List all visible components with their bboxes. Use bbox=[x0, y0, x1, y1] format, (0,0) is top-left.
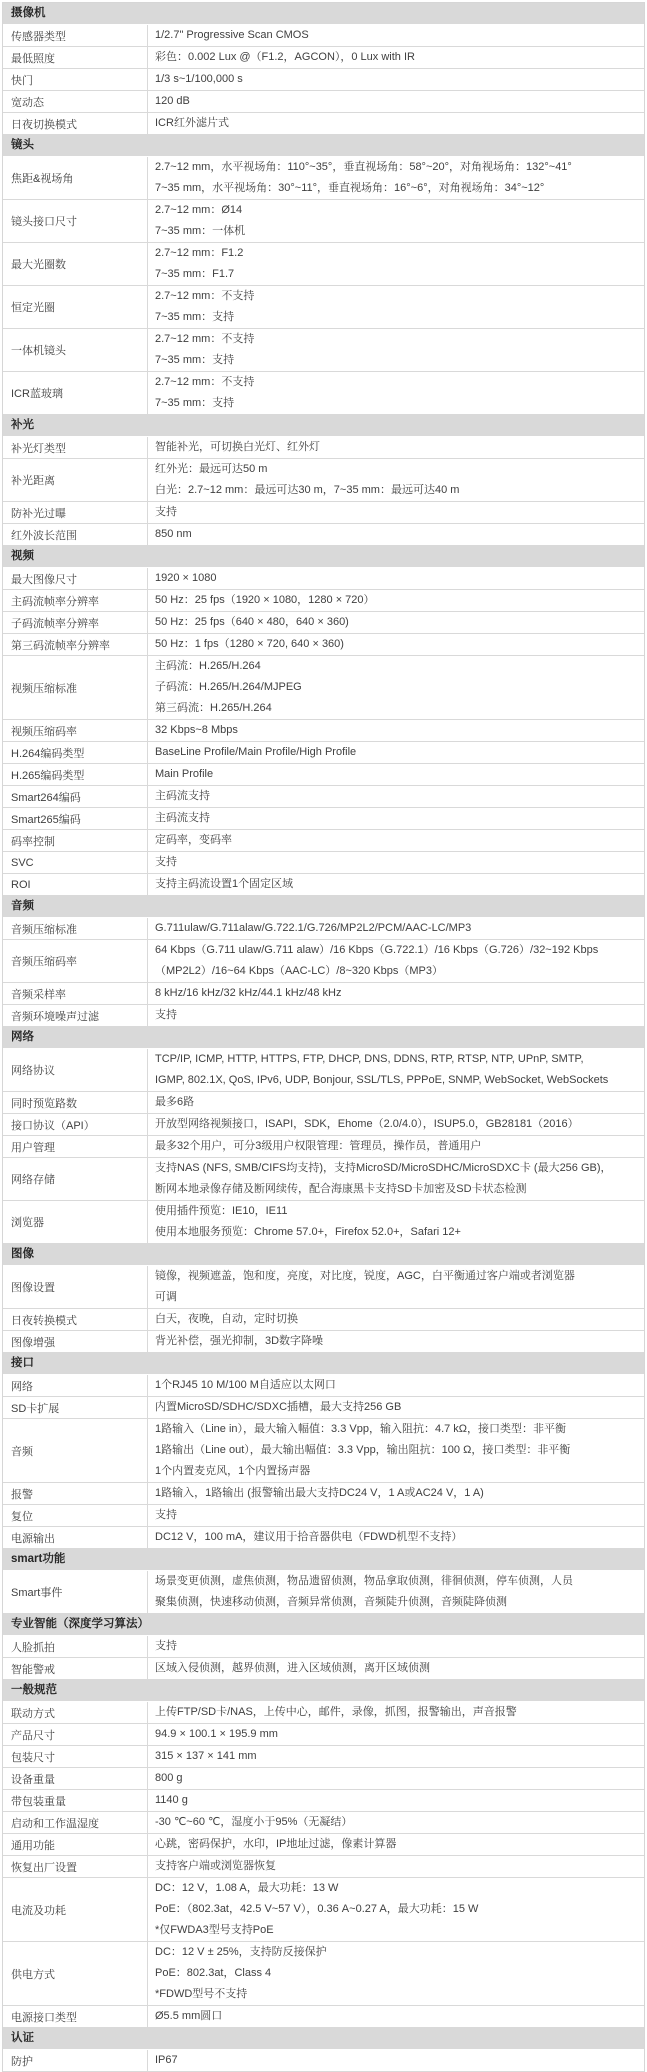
spec-row: Smart265编码主码流支持 bbox=[3, 808, 644, 830]
spec-row: 浏览器使用插件预览：IE10，IE11使用本地服务预览：Chrome 57.0+… bbox=[3, 1201, 644, 1244]
spec-value-line: -30 ℃~60 ℃，湿度小于95%（无凝结） bbox=[155, 1812, 638, 1833]
spec-label-text: 产品尺寸 bbox=[11, 1727, 55, 1743]
spec-value-line: 1个内置麦克风，1个内置扬声器 bbox=[155, 1461, 638, 1482]
spec-value-line: DC：12 V，1.08 A，最大功耗：13 W bbox=[155, 1878, 638, 1899]
spec-value: BaseLine Profile/Main Profile/High Profi… bbox=[148, 742, 644, 763]
spec-label: 视频压缩码率 bbox=[3, 720, 148, 741]
spec-label-text: 防护 bbox=[11, 2053, 33, 2069]
spec-label: 防护 bbox=[3, 2050, 148, 2071]
spec-label: 宽动态 bbox=[3, 91, 148, 112]
spec-value: 1140 g bbox=[148, 1790, 644, 1811]
spec-label: 镜头接口尺寸 bbox=[3, 200, 148, 242]
spec-label: 最低照度 bbox=[3, 47, 148, 68]
spec-label-text: 智能警戒 bbox=[11, 1661, 55, 1677]
spec-value-line: 2.7~12 mm：不支持 bbox=[155, 372, 638, 393]
spec-value-line: 850 nm bbox=[155, 524, 638, 545]
spec-label-text: 视频压缩标准 bbox=[11, 680, 77, 696]
spec-row: 网络协议TCP/IP, ICMP, HTTP, HTTPS, FTP, DHCP… bbox=[3, 1049, 644, 1092]
spec-label: 设备重量 bbox=[3, 1768, 148, 1789]
spec-value-line: 7~35 mm：支持 bbox=[155, 350, 638, 371]
spec-label: ICR蓝玻璃 bbox=[3, 372, 148, 414]
spec-value: 1/3 s~1/100,000 s bbox=[148, 69, 644, 90]
spec-label: 浏览器 bbox=[3, 1201, 148, 1243]
spec-row: 视频压缩标准主码流：H.265/H.264子码流：H.265/H.264/MJP… bbox=[3, 656, 644, 720]
spec-value-line: 1个RJ45 10 M/100 M自适应以太网口 bbox=[155, 1375, 638, 1396]
spec-value: IP67 bbox=[148, 2050, 644, 2071]
spec-value: 上传FTP/SD卡/NAS，上传中心，邮件，录像，抓图，报警输出，声音报警 bbox=[148, 1702, 644, 1723]
spec-label: 日夜转换模式 bbox=[3, 1309, 148, 1330]
spec-label: 报警 bbox=[3, 1483, 148, 1504]
spec-value: 最多32个用户，可分3级用户权限管理：管理员，操作员，普通用户 bbox=[148, 1136, 644, 1157]
section-header: 图像 bbox=[3, 1244, 644, 1266]
spec-row: Smart事件场景变更侦测，虚焦侦测，物品遗留侦测，物品拿取侦测，徘徊侦测，停车… bbox=[3, 1571, 644, 1614]
spec-label: SVC bbox=[3, 852, 148, 873]
spec-value-line: 支持 bbox=[155, 1636, 638, 1657]
spec-label: H.265编码类型 bbox=[3, 764, 148, 785]
spec-label: 智能警戒 bbox=[3, 1658, 148, 1679]
spec-label: 传感器类型 bbox=[3, 25, 148, 46]
spec-value: 主码流支持 bbox=[148, 786, 644, 807]
spec-label-text: 镜头接口尺寸 bbox=[11, 213, 77, 229]
spec-value: 使用插件预览：IE10，IE11使用本地服务预览：Chrome 57.0+，Fi… bbox=[148, 1201, 644, 1243]
spec-value: DC12 V，100 mA，建议用于拾音器供电（FDWD机型不支持） bbox=[148, 1527, 644, 1548]
spec-label-text: 宽动态 bbox=[11, 94, 44, 110]
spec-row: 恒定光圈2.7~12 mm：不支持7~35 mm：支持 bbox=[3, 286, 644, 329]
spec-value-line: Ø5.5 mm圆口 bbox=[155, 2006, 638, 2027]
spec-row: 网络存储支持NAS (NFS, SMB/CIFS均支持)，支持MicroSD/M… bbox=[3, 1158, 644, 1201]
spec-label-text: 接口协议（API） bbox=[11, 1117, 95, 1133]
spec-row: 产品尺寸94.9 × 100.1 × 195.9 mm bbox=[3, 1724, 644, 1746]
spec-row: 音频压缩码率64 Kbps（G.711 ulaw/G.711 alaw）/16 … bbox=[3, 940, 644, 983]
spec-value: 背光补偿，强光抑制，3D数字降噪 bbox=[148, 1331, 644, 1352]
spec-row: 智能警戒区域入侵侦测，越界侦测，进入区域侦测，离开区域侦测 bbox=[3, 1658, 644, 1680]
spec-label: 最大图像尺寸 bbox=[3, 568, 148, 589]
spec-row: H.265编码类型Main Profile bbox=[3, 764, 644, 786]
spec-label: 网络存储 bbox=[3, 1158, 148, 1200]
spec-label-text: 最大光圈数 bbox=[11, 256, 66, 272]
spec-value: 支持主码流设置1个固定区域 bbox=[148, 874, 644, 895]
spec-label-text: 主码流帧率分辨率 bbox=[11, 593, 99, 609]
spec-row: 音频压缩标准G.711ulaw/G.711alaw/G.722.1/G.726/… bbox=[3, 918, 644, 940]
spec-label: 用户管理 bbox=[3, 1136, 148, 1157]
spec-value: 内置MicroSD/SDHC/SDXC插槽，最大支持256 GB bbox=[148, 1397, 644, 1418]
spec-value: 支持NAS (NFS, SMB/CIFS均支持)，支持MicroSD/Micro… bbox=[148, 1158, 644, 1200]
spec-label: 快门 bbox=[3, 69, 148, 90]
spec-row: 传感器类型1/2.7" Progressive Scan CMOS bbox=[3, 25, 644, 47]
spec-label-text: 带包装重量 bbox=[11, 1793, 66, 1809]
spec-value: 支持 bbox=[148, 852, 644, 873]
section-header: 网络 bbox=[3, 1027, 644, 1049]
spec-value-line: 开放型网络视频接口，ISAPI，SDK，Ehome（2.0/4.0），ISUP5… bbox=[155, 1114, 638, 1135]
spec-label-text: 最低照度 bbox=[11, 50, 55, 66]
spec-value-line: *FDWD型号不支持 bbox=[155, 1984, 638, 2005]
spec-value: DC：12 V ± 25%，支持防反接保护PoE：802.3at，Class 4… bbox=[148, 1942, 644, 2005]
spec-label-text: 恒定光圈 bbox=[11, 299, 55, 315]
spec-label: 恢复出厂设置 bbox=[3, 1856, 148, 1877]
spec-row: H.264编码类型BaseLine Profile/Main Profile/H… bbox=[3, 742, 644, 764]
spec-label: 同时预览路数 bbox=[3, 1092, 148, 1113]
spec-value: 315 × 137 × 141 mm bbox=[148, 1746, 644, 1767]
spec-value-line: 场景变更侦测，虚焦侦测，物品遗留侦测，物品拿取侦测，徘徊侦测，停车侦测，人员 bbox=[155, 1571, 638, 1592]
spec-label-text: ROI bbox=[11, 879, 31, 891]
spec-value-line: 7~35 mm：支持 bbox=[155, 393, 638, 414]
spec-label: Smart265编码 bbox=[3, 808, 148, 829]
spec-row: 用户管理最多32个用户，可分3级用户权限管理：管理员，操作员，普通用户 bbox=[3, 1136, 644, 1158]
spec-label: 图像设置 bbox=[3, 1266, 148, 1308]
spec-value-line: TCP/IP, ICMP, HTTP, HTTPS, FTP, DHCP, DN… bbox=[155, 1049, 638, 1070]
spec-row: 子码流帧率分辨率50 Hz：25 fps（640 × 480，640 × 360… bbox=[3, 612, 644, 634]
spec-value-line: 第三码流：H.265/H.264 bbox=[155, 698, 638, 719]
spec-value: 彩色：0.002 Lux @（F1.2，AGCON），0 Lux with IR bbox=[148, 47, 644, 68]
spec-label: 供电方式 bbox=[3, 1942, 148, 2005]
spec-value-line: 断网本地录像存储及断网续传，配合海康黑卡支持SD卡加密及SD卡状态检测 bbox=[155, 1179, 638, 1200]
spec-value: 1路输入（Line in），最大输入幅值：3.3 Vpp，输入阻抗：4.7 kΩ… bbox=[148, 1419, 644, 1482]
spec-label: 红外波长范围 bbox=[3, 524, 148, 545]
spec-label: 人脸抓拍 bbox=[3, 1636, 148, 1657]
spec-value-line: IP67 bbox=[155, 2050, 638, 2071]
spec-value: 镜像，视频遮盖，饱和度，亮度，对比度，锐度，AGC，白平衡通过客户端或者浏览器可… bbox=[148, 1266, 644, 1308]
spec-value-line: 支持客户端或浏览器恢复 bbox=[155, 1856, 638, 1877]
spec-value-line: 最多6路 bbox=[155, 1092, 638, 1113]
spec-value-line: 2.7~12 mm：不支持 bbox=[155, 286, 638, 307]
spec-row: 图像增强背光补偿，强光抑制，3D数字降噪 bbox=[3, 1331, 644, 1353]
spec-value: 64 Kbps（G.711 ulaw/G.711 alaw）/16 Kbps（G… bbox=[148, 940, 644, 982]
spec-label: 通用功能 bbox=[3, 1834, 148, 1855]
spec-row: 恢复出厂设置支持客户端或浏览器恢复 bbox=[3, 1856, 644, 1878]
spec-value: TCP/IP, ICMP, HTTP, HTTPS, FTP, DHCP, DN… bbox=[148, 1049, 644, 1091]
spec-row: 最大光圈数2.7~12 mm：F1.27~35 mm：F1.7 bbox=[3, 243, 644, 286]
spec-row: 联动方式上传FTP/SD卡/NAS，上传中心，邮件，录像，抓图，报警输出，声音报… bbox=[3, 1702, 644, 1724]
spec-label-text: 音频压缩标准 bbox=[11, 921, 77, 937]
spec-label: 带包装重量 bbox=[3, 1790, 148, 1811]
spec-row: 人脸抓拍支持 bbox=[3, 1636, 644, 1658]
spec-label-text: 用户管理 bbox=[11, 1139, 55, 1155]
spec-label-text: 报警 bbox=[11, 1486, 33, 1502]
spec-label-text: 红外波长范围 bbox=[11, 527, 77, 543]
section-header: 补光 bbox=[3, 415, 644, 437]
spec-value: 主码流：H.265/H.264子码流：H.265/H.264/MJPEG第三码流… bbox=[148, 656, 644, 719]
spec-row: 供电方式DC：12 V ± 25%，支持防反接保护PoE：802.3at，Cla… bbox=[3, 1942, 644, 2006]
spec-value: -30 ℃~60 ℃，湿度小于95%（无凝结） bbox=[148, 1812, 644, 1833]
spec-value-line: G.711ulaw/G.711alaw/G.722.1/G.726/MP2L2/… bbox=[155, 918, 638, 939]
spec-value-line: 心跳，密码保护，水印，IP地址过滤，像素计算器 bbox=[155, 1834, 638, 1855]
spec-value-line: 智能补光，可切换白光灯、红外灯 bbox=[155, 437, 638, 458]
spec-value-line: 800 g bbox=[155, 1768, 638, 1789]
spec-label-text: 码率控制 bbox=[11, 833, 55, 849]
spec-value-line: 主码流支持 bbox=[155, 808, 638, 829]
spec-value-line: DC12 V，100 mA，建议用于拾音器供电（FDWD机型不支持） bbox=[155, 1527, 638, 1548]
spec-value: 红外光：最远可达50 m白光：2.7~12 mm：最远可达30 m，7~35 m… bbox=[148, 459, 644, 501]
spec-row: 防补光过曝支持 bbox=[3, 502, 644, 524]
spec-label-text: ICR蓝玻璃 bbox=[11, 385, 63, 401]
spec-row: 报警1路输入，1路输出 (报警输出最大支持DC24 V，1 A或AC24 V，1… bbox=[3, 1483, 644, 1505]
spec-value-line: 8 kHz/16 kHz/32 kHz/44.1 kHz/48 kHz bbox=[155, 983, 638, 1004]
spec-label: ROI bbox=[3, 874, 148, 895]
spec-value-line: 50 Hz：25 fps（1920 × 1080，1280 × 720） bbox=[155, 590, 638, 611]
spec-row: 带包装重量1140 g bbox=[3, 1790, 644, 1812]
section-header: 一般规范 bbox=[3, 1680, 644, 1702]
spec-row: 启动和工作温湿度-30 ℃~60 ℃，湿度小于95%（无凝结） bbox=[3, 1812, 644, 1834]
spec-value-line: 7~35 mm，水平视场角：30°~11°，垂直视场角：16°~6°，对角视场角… bbox=[155, 178, 638, 199]
spec-row: 包装尺寸315 × 137 × 141 mm bbox=[3, 1746, 644, 1768]
spec-value-line: 1140 g bbox=[155, 1790, 638, 1811]
spec-value-line: 聚集侦测，快速移动侦测，音频异常侦测，音频陡升侦测，音频陡降侦测 bbox=[155, 1592, 638, 1613]
spec-label: 主码流帧率分辨率 bbox=[3, 590, 148, 611]
spec-value-line: 彩色：0.002 Lux @（F1.2，AGCON），0 Lux with IR bbox=[155, 47, 638, 68]
spec-label: 恒定光圈 bbox=[3, 286, 148, 328]
spec-value: 2.7~12 mm：不支持7~35 mm：支持 bbox=[148, 329, 644, 371]
spec-value-line: 内置MicroSD/SDHC/SDXC插槽，最大支持256 GB bbox=[155, 1397, 638, 1418]
spec-label-text: 网络存储 bbox=[11, 1171, 55, 1187]
spec-value: 8 kHz/16 kHz/32 kHz/44.1 kHz/48 kHz bbox=[148, 983, 644, 1004]
spec-label: 电流及功耗 bbox=[3, 1878, 148, 1941]
spec-row: 最低照度彩色：0.002 Lux @（F1.2，AGCON），0 Lux wit… bbox=[3, 47, 644, 69]
spec-label-text: 设备重量 bbox=[11, 1771, 55, 1787]
spec-row: 第三码流帧率分辨率50 Hz：1 fps（1280 × 720, 640 × 3… bbox=[3, 634, 644, 656]
spec-value-line: 支持NAS (NFS, SMB/CIFS均支持)，支持MicroSD/Micro… bbox=[155, 1158, 638, 1179]
spec-value-line: IGMP, 802.1X, QoS, IPv6, UDP, Bonjour, S… bbox=[155, 1070, 638, 1091]
spec-label-text: 日夜切换模式 bbox=[11, 116, 77, 132]
spec-label: 音频环境噪声过滤 bbox=[3, 1005, 148, 1026]
spec-label: SD卡扩展 bbox=[3, 1397, 148, 1418]
spec-label: 日夜切换模式 bbox=[3, 113, 148, 134]
section-header: smart功能 bbox=[3, 1549, 644, 1571]
spec-label: 音频压缩标准 bbox=[3, 918, 148, 939]
spec-label-text: 音频环境噪声过滤 bbox=[11, 1008, 99, 1024]
spec-value: 场景变更侦测，虚焦侦测，物品遗留侦测，物品拿取侦测，徘徊侦测，停车侦测，人员聚集… bbox=[148, 1571, 644, 1613]
spec-label-text: 电流及功耗 bbox=[11, 1902, 66, 1918]
spec-value: 区域入侵侦测，越界侦测，进入区域侦测，离开区域侦测 bbox=[148, 1658, 644, 1679]
spec-label: 产品尺寸 bbox=[3, 1724, 148, 1745]
spec-value-line: 支持 bbox=[155, 1505, 638, 1526]
spec-label-text: 音频采样率 bbox=[11, 986, 66, 1002]
spec-label-text: 电源输出 bbox=[11, 1530, 55, 1546]
spec-label-text: 最大图像尺寸 bbox=[11, 571, 77, 587]
spec-label-text: 补光距离 bbox=[11, 472, 55, 488]
spec-label-text: 包装尺寸 bbox=[11, 1749, 55, 1765]
spec-row: 音频1路输入（Line in），最大输入幅值：3.3 Vpp，输入阻抗：4.7 … bbox=[3, 1419, 644, 1483]
spec-label-text: SVC bbox=[11, 857, 34, 869]
spec-value: 1920 × 1080 bbox=[148, 568, 644, 589]
spec-label-text: Smart265编码 bbox=[11, 811, 81, 827]
spec-row: 设备重量800 g bbox=[3, 1768, 644, 1790]
spec-label: 复位 bbox=[3, 1505, 148, 1526]
spec-value-line: 支持 bbox=[155, 1005, 638, 1026]
spec-value: 定码率，变码率 bbox=[148, 830, 644, 851]
spec-value: 94.9 × 100.1 × 195.9 mm bbox=[148, 1724, 644, 1745]
spec-row: 音频环境噪声过滤支持 bbox=[3, 1005, 644, 1027]
spec-label-text: 电源接口类型 bbox=[11, 2009, 77, 2025]
spec-label-text: 焦距&视场角 bbox=[11, 170, 73, 186]
spec-label: 启动和工作温湿度 bbox=[3, 1812, 148, 1833]
spec-value-line: 红外光：最远可达50 m bbox=[155, 459, 638, 480]
spec-value: 心跳，密码保护，水印，IP地址过滤，像素计算器 bbox=[148, 1834, 644, 1855]
spec-value: 120 dB bbox=[148, 91, 644, 112]
spec-value-line: 子码流：H.265/H.264/MJPEG bbox=[155, 677, 638, 698]
spec-label: 联动方式 bbox=[3, 1702, 148, 1723]
spec-value: 主码流支持 bbox=[148, 808, 644, 829]
spec-value-line: 32 Kbps~8 Mbps bbox=[155, 720, 638, 741]
spec-row: 防护IP67 bbox=[3, 2050, 644, 2072]
spec-value-line: 2.7~12 mm，水平视场角：110°~35°，垂直视场角：58°~20°，对… bbox=[155, 157, 638, 178]
spec-label-text: 人脸抓拍 bbox=[11, 1639, 55, 1655]
spec-label-text: 补光灯类型 bbox=[11, 440, 66, 456]
spec-label-text: 音频 bbox=[11, 1443, 33, 1459]
spec-value: 50 Hz：25 fps（640 × 480，640 × 360) bbox=[148, 612, 644, 633]
spec-value-line: Main Profile bbox=[155, 764, 638, 785]
spec-value-line: 使用本地服务预览：Chrome 57.0+，Firefox 52.0+，Safa… bbox=[155, 1222, 638, 1243]
spec-label-text: 传感器类型 bbox=[11, 28, 66, 44]
spec-value-line: 支持主码流设置1个固定区域 bbox=[155, 874, 638, 895]
spec-value: 32 Kbps~8 Mbps bbox=[148, 720, 644, 741]
spec-row: 视频压缩码率32 Kbps~8 Mbps bbox=[3, 720, 644, 742]
spec-value-line: 1路输出（Line out），最大输出幅值：3.3 Vpp，输出阻抗：100 Ω… bbox=[155, 1440, 638, 1461]
spec-value: 1/2.7" Progressive Scan CMOS bbox=[148, 25, 644, 46]
spec-table: 摄像机传感器类型1/2.7" Progressive Scan CMOS最低照度… bbox=[2, 2, 645, 2072]
spec-row: 码率控制定码率，变码率 bbox=[3, 830, 644, 852]
spec-value: G.711ulaw/G.711alaw/G.722.1/G.726/MP2L2/… bbox=[148, 918, 644, 939]
spec-label-text: 图像增强 bbox=[11, 1334, 55, 1350]
spec-row: Smart264编码主码流支持 bbox=[3, 786, 644, 808]
spec-label-text: H.265编码类型 bbox=[11, 767, 84, 783]
section-header: 认证 bbox=[3, 2028, 644, 2050]
spec-row: 电源接口类型Ø5.5 mm圆口 bbox=[3, 2006, 644, 2028]
spec-label: 最大光圈数 bbox=[3, 243, 148, 285]
spec-row: 网络1个RJ45 10 M/100 M自适应以太网口 bbox=[3, 1375, 644, 1397]
spec-label: 一体机镜头 bbox=[3, 329, 148, 371]
spec-value-line: 7~35 mm：F1.7 bbox=[155, 264, 638, 285]
spec-value-line: 可调 bbox=[155, 1287, 638, 1308]
spec-label: 接口协议（API） bbox=[3, 1114, 148, 1135]
spec-row: 宽动态120 dB bbox=[3, 91, 644, 113]
spec-row: ICR蓝玻璃2.7~12 mm：不支持7~35 mm：支持 bbox=[3, 372, 644, 415]
spec-value-line: （MP2L2）/16~64 Kbps（AAC-LC）/8~320 Kbps（MP… bbox=[155, 961, 638, 982]
spec-label-text: H.264编码类型 bbox=[11, 745, 84, 761]
spec-label-text: SD卡扩展 bbox=[11, 1400, 59, 1416]
spec-label: 子码流帧率分辨率 bbox=[3, 612, 148, 633]
spec-label-text: 供电方式 bbox=[11, 1966, 55, 1982]
spec-label: 补光灯类型 bbox=[3, 437, 148, 458]
spec-value: 2.7~12 mm：不支持7~35 mm：支持 bbox=[148, 286, 644, 328]
spec-value-line: 64 Kbps（G.711 ulaw/G.711 alaw）/16 Kbps（G… bbox=[155, 940, 638, 961]
spec-label-text: 日夜转换模式 bbox=[11, 1312, 77, 1328]
spec-value-line: 7~35 mm：一体机 bbox=[155, 221, 638, 242]
spec-value-line: 120 dB bbox=[155, 91, 638, 112]
spec-label-text: 音频压缩码率 bbox=[11, 953, 77, 969]
spec-label-text: 联动方式 bbox=[11, 1705, 55, 1721]
spec-value: Main Profile bbox=[148, 764, 644, 785]
spec-row: 电流及功耗DC：12 V，1.08 A，最大功耗：13 WPoE：（802.3a… bbox=[3, 1878, 644, 1942]
spec-label: 网络 bbox=[3, 1375, 148, 1396]
spec-label: 包装尺寸 bbox=[3, 1746, 148, 1767]
spec-value-line: 50 Hz：25 fps（640 × 480，640 × 360) bbox=[155, 612, 638, 633]
spec-value-line: 94.9 × 100.1 × 195.9 mm bbox=[155, 1724, 638, 1745]
spec-value-line: 主码流支持 bbox=[155, 786, 638, 807]
spec-value: 1个RJ45 10 M/100 M自适应以太网口 bbox=[148, 1375, 644, 1396]
spec-value-line: 上传FTP/SD卡/NAS，上传中心，邮件，录像，抓图，报警输出，声音报警 bbox=[155, 1702, 638, 1723]
spec-label: 图像增强 bbox=[3, 1331, 148, 1352]
spec-value: 白天，夜晚，自动，定时切换 bbox=[148, 1309, 644, 1330]
spec-value-line: PoE：802.3at，Class 4 bbox=[155, 1963, 638, 1984]
spec-value-line: DC：12 V ± 25%，支持防反接保护 bbox=[155, 1942, 638, 1963]
spec-value: 支持 bbox=[148, 1505, 644, 1526]
spec-value-line: 定码率，变码率 bbox=[155, 830, 638, 851]
spec-label: 视频压缩标准 bbox=[3, 656, 148, 719]
spec-value: 1路输入，1路输出 (报警输出最大支持DC24 V，1 A或AC24 V，1 A… bbox=[148, 1483, 644, 1504]
spec-value-line: 1路输入（Line in），最大输入幅值：3.3 Vpp，输入阻抗：4.7 kΩ… bbox=[155, 1419, 638, 1440]
spec-value: 支持 bbox=[148, 1005, 644, 1026]
spec-label-text: Smart事件 bbox=[11, 1584, 62, 1600]
section-header: 镜头 bbox=[3, 135, 644, 157]
spec-row: 日夜切换模式ICR红外滤片式 bbox=[3, 113, 644, 135]
spec-label: 网络协议 bbox=[3, 1049, 148, 1091]
spec-row: 通用功能心跳，密码保护，水印，IP地址过滤，像素计算器 bbox=[3, 1834, 644, 1856]
spec-value: 支持客户端或浏览器恢复 bbox=[148, 1856, 644, 1877]
spec-label-text: 网络 bbox=[11, 1378, 33, 1394]
spec-value: 2.7~12 mm，水平视场角：110°~35°，垂直视场角：58°~20°，对… bbox=[148, 157, 644, 199]
spec-label-text: 启动和工作温湿度 bbox=[11, 1815, 99, 1831]
spec-value-line: 7~35 mm：支持 bbox=[155, 307, 638, 328]
spec-label-text: 第三码流帧率分辨率 bbox=[11, 637, 110, 653]
spec-value: 2.7~12 mm：Ø147~35 mm：一体机 bbox=[148, 200, 644, 242]
spec-label-text: 恢复出厂设置 bbox=[11, 1859, 77, 1875]
spec-value-line: 315 × 137 × 141 mm bbox=[155, 1746, 638, 1767]
spec-value-line: 50 Hz：1 fps（1280 × 720, 640 × 360) bbox=[155, 634, 638, 655]
spec-value-line: 支持 bbox=[155, 502, 638, 523]
spec-value: 支持 bbox=[148, 1636, 644, 1657]
spec-row: 音频采样率8 kHz/16 kHz/32 kHz/44.1 kHz/48 kHz bbox=[3, 983, 644, 1005]
spec-label: 防补光过曝 bbox=[3, 502, 148, 523]
spec-row: 补光灯类型智能补光，可切换白光灯、红外灯 bbox=[3, 437, 644, 459]
spec-value-line: 背光补偿，强光抑制，3D数字降噪 bbox=[155, 1331, 638, 1352]
spec-label: 第三码流帧率分辨率 bbox=[3, 634, 148, 655]
spec-label: H.264编码类型 bbox=[3, 742, 148, 763]
spec-label-text: 快门 bbox=[11, 72, 33, 88]
spec-row: 快门1/3 s~1/100,000 s bbox=[3, 69, 644, 91]
spec-label-text: 视频压缩码率 bbox=[11, 723, 77, 739]
spec-value-line: 2.7~12 mm：Ø14 bbox=[155, 200, 638, 221]
section-header: 专业智能（深度学习算法） bbox=[3, 1614, 644, 1636]
spec-row: 一体机镜头2.7~12 mm：不支持7~35 mm：支持 bbox=[3, 329, 644, 372]
spec-row: SD卡扩展内置MicroSD/SDHC/SDXC插槽，最大支持256 GB bbox=[3, 1397, 644, 1419]
spec-value-line: 白光：2.7~12 mm：最远可达30 m，7~35 mm：最远可达40 m bbox=[155, 480, 638, 501]
spec-label-text: 子码流帧率分辨率 bbox=[11, 615, 99, 631]
spec-label: 焦距&视场角 bbox=[3, 157, 148, 199]
spec-value: ICR红外滤片式 bbox=[148, 113, 644, 134]
spec-value: 50 Hz：1 fps（1280 × 720, 640 × 360) bbox=[148, 634, 644, 655]
section-header: 摄像机 bbox=[3, 3, 644, 25]
spec-label: 音频压缩码率 bbox=[3, 940, 148, 982]
spec-value-line: 1920 × 1080 bbox=[155, 568, 638, 589]
spec-label-text: 同时预览路数 bbox=[11, 1095, 77, 1111]
spec-row: 红外波长范围850 nm bbox=[3, 524, 644, 546]
spec-value-line: 2.7~12 mm：F1.2 bbox=[155, 243, 638, 264]
spec-label: 码率控制 bbox=[3, 830, 148, 851]
spec-row: ROI支持主码流设置1个固定区域 bbox=[3, 874, 644, 896]
spec-value-line: PoE：（802.3at，42.5 V~57 V），0.36 A~0.27 A，… bbox=[155, 1899, 638, 1920]
spec-value-line: 最多32个用户，可分3级用户权限管理：管理员，操作员，普通用户 bbox=[155, 1136, 638, 1157]
spec-label: Smart264编码 bbox=[3, 786, 148, 807]
spec-label-text: 网络协议 bbox=[11, 1062, 55, 1078]
spec-label: 补光距离 bbox=[3, 459, 148, 501]
spec-label-text: 图像设置 bbox=[11, 1279, 55, 1295]
section-header: 音频 bbox=[3, 896, 644, 918]
spec-row: 日夜转换模式白天，夜晚，自动，定时切换 bbox=[3, 1309, 644, 1331]
spec-value: 2.7~12 mm：不支持7~35 mm：支持 bbox=[148, 372, 644, 414]
spec-label: 音频 bbox=[3, 1419, 148, 1482]
spec-row: 图像设置镜像，视频遮盖，饱和度，亮度，对比度，锐度，AGC，白平衡通过客户端或者… bbox=[3, 1266, 644, 1309]
spec-value: 800 g bbox=[148, 1768, 644, 1789]
